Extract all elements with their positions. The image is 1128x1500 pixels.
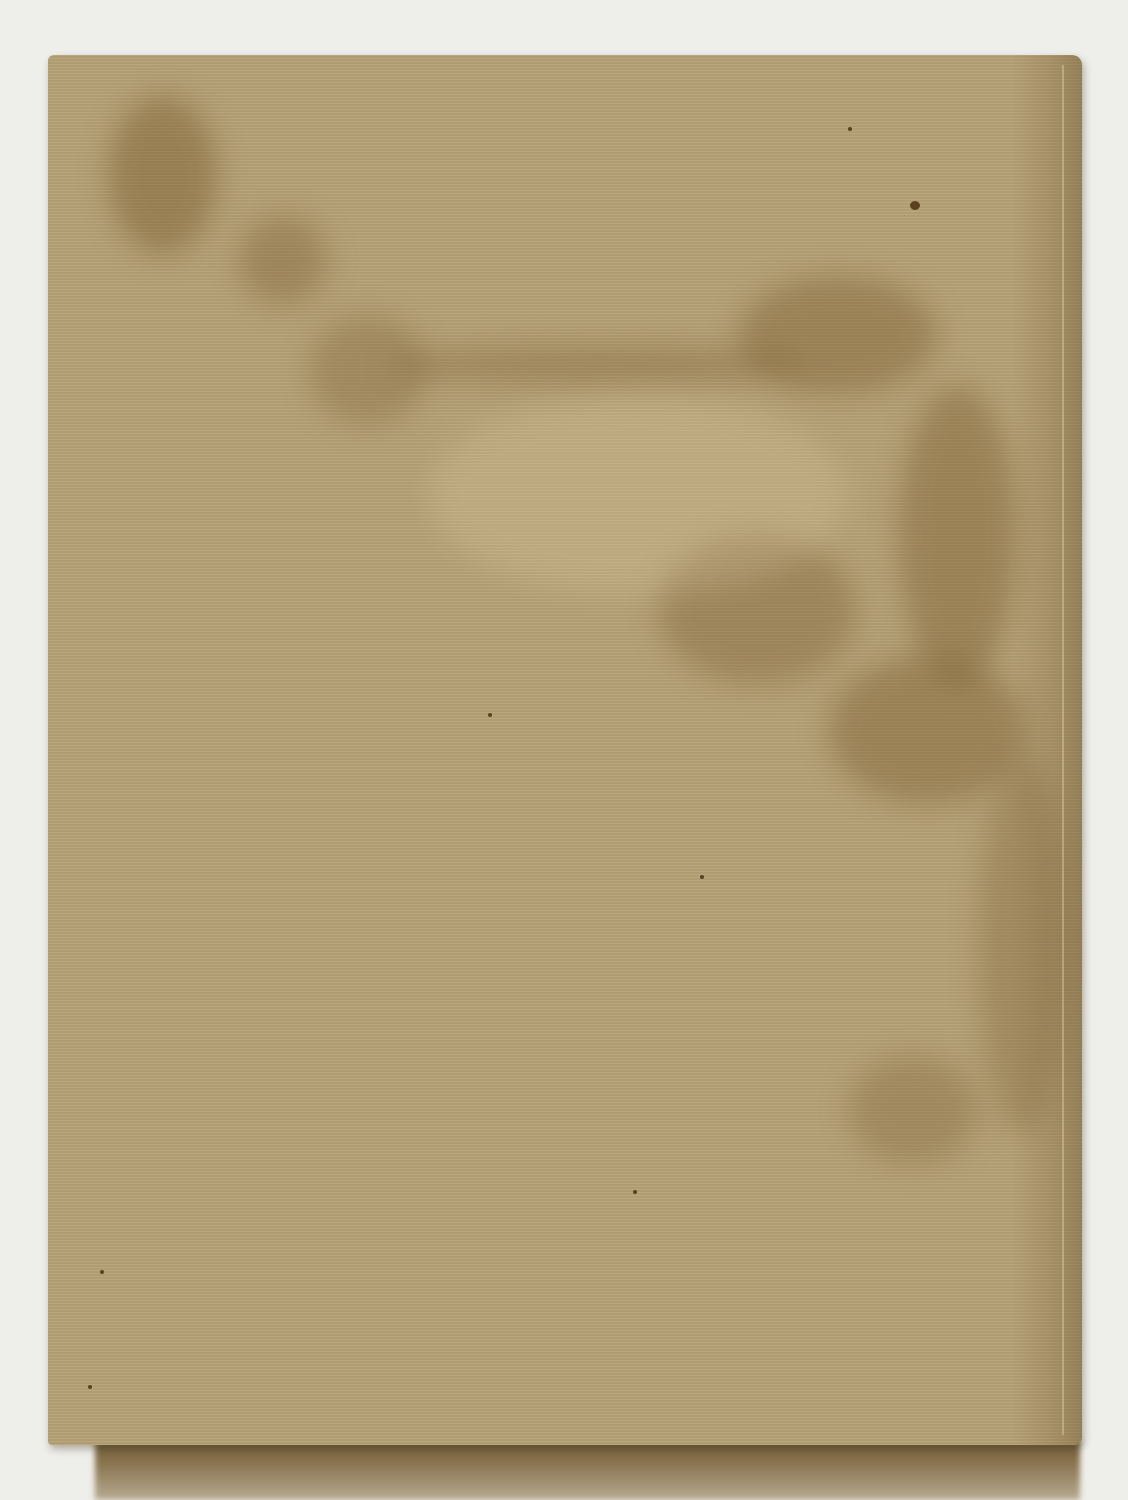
light-patch (428, 395, 848, 595)
water-stain (738, 275, 938, 395)
water-stain (238, 215, 328, 305)
speck (100, 1270, 104, 1274)
water-stain (848, 1055, 978, 1165)
book-cover (48, 55, 1082, 1445)
spine-crease (1062, 65, 1064, 1435)
spine-edge (1012, 55, 1082, 1445)
water-stain (108, 95, 218, 255)
speck (700, 875, 704, 879)
speck (488, 713, 492, 717)
speck (848, 127, 852, 131)
speck (910, 201, 920, 210)
water-stain (828, 655, 1028, 805)
page-block-shadow (95, 1440, 1080, 1500)
water-stain (898, 385, 1018, 685)
speck (88, 1385, 92, 1389)
speck (633, 1190, 637, 1194)
